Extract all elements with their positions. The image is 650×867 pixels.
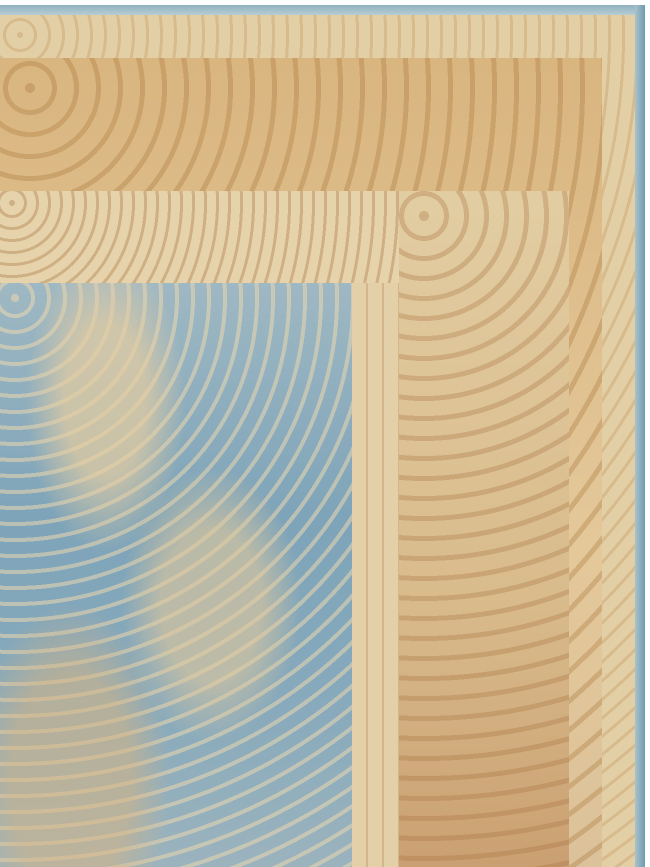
rug-photo xyxy=(0,5,645,867)
rug-top-edge xyxy=(0,5,645,15)
outer-guard-border xyxy=(0,15,635,867)
blue-field xyxy=(0,283,352,867)
main-border xyxy=(0,58,602,867)
inner-side-band xyxy=(352,283,399,867)
right-border-bands xyxy=(399,191,569,867)
rug-side-edge xyxy=(635,5,645,867)
